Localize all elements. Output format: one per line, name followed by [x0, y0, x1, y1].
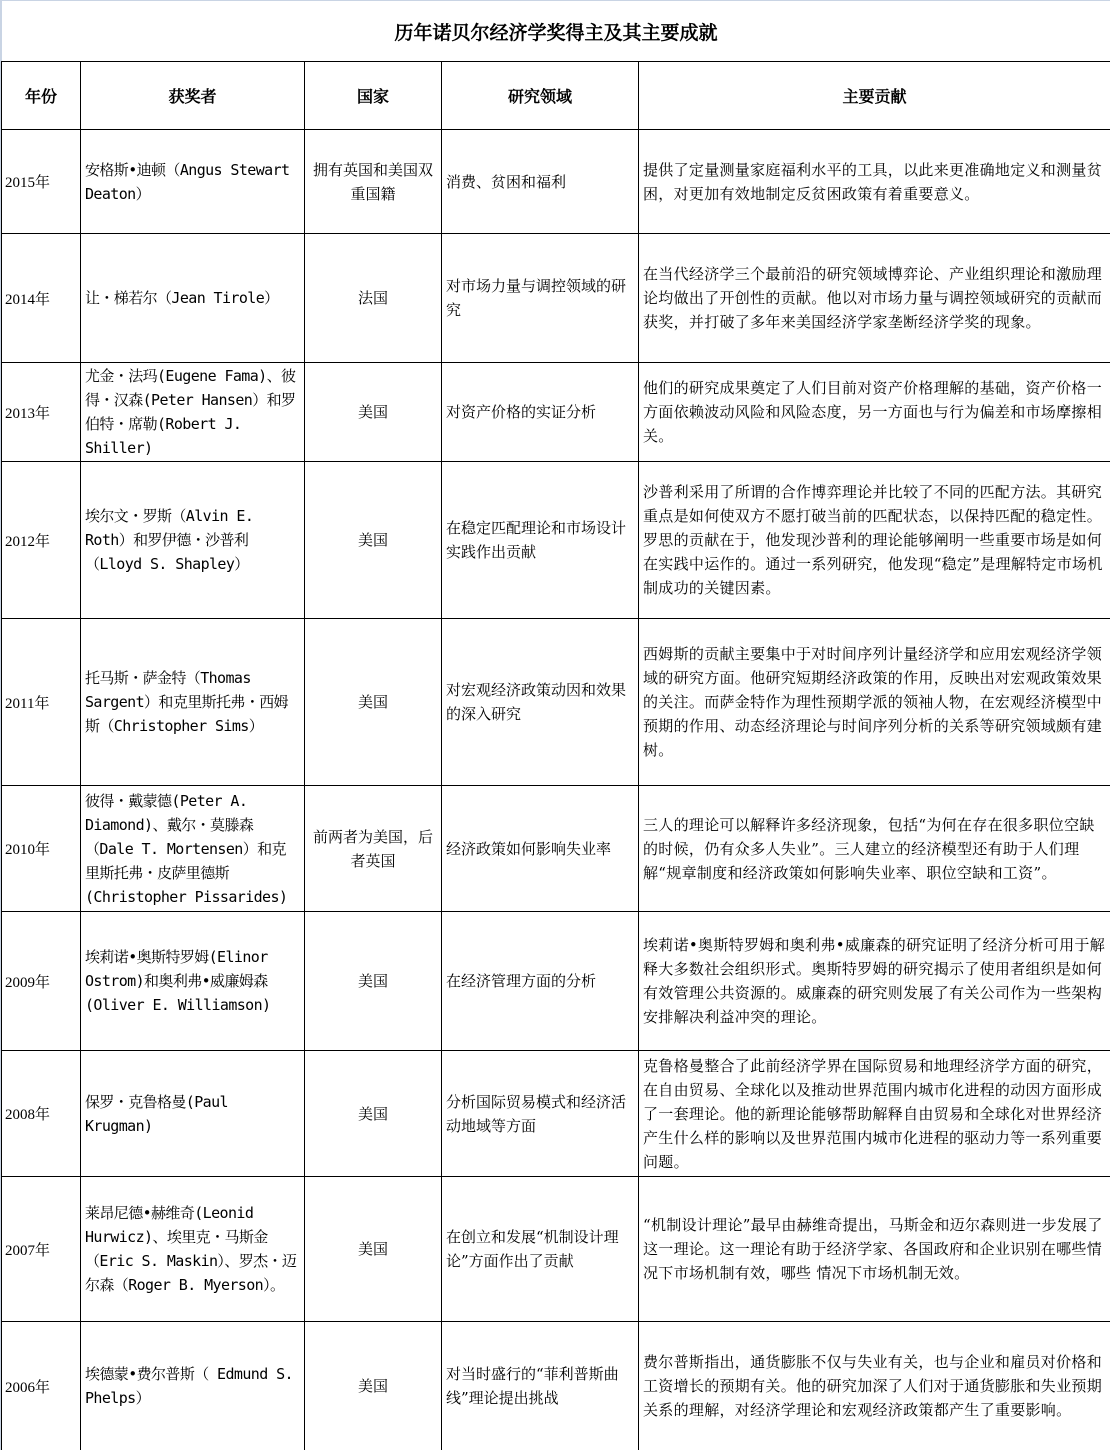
table-row: 2015年 安格斯•迪顿（Angus Stewart Deaton） 拥有英国和…: [2, 130, 1110, 234]
cell-year: 2011年: [2, 619, 81, 786]
cell-country: 美国: [305, 1177, 442, 1322]
table-row: 2010年 彼得・戴蒙德(Peter A. Diamond)、戴尔・莫滕森（Da…: [2, 786, 1110, 912]
cell-country: 前两者为美国，后者英国: [305, 786, 442, 912]
cell-country: 美国: [305, 363, 442, 462]
cell-field: 分析国际贸易模式和经济活动地域等方面: [442, 1051, 639, 1177]
cell-field: 经济政策如何影响失业率: [442, 786, 639, 912]
cell-year: 2008年: [2, 1051, 81, 1177]
cell-laureate: 安格斯•迪顿（Angus Stewart Deaton）: [81, 130, 305, 234]
cell-contribution: 克鲁格曼整合了此前经济学界在国际贸易和地理经济学方面的研究，在自由贸易、全球化以…: [639, 1051, 1110, 1177]
cell-field: 消费、贫困和福利: [442, 130, 639, 234]
header-field: 研究领域: [442, 62, 639, 130]
cell-field: 在经济管理方面的分析: [442, 912, 639, 1051]
nobel-economics-table: 历年诺贝尔经济学奖得主及其主要成就 年份 获奖者 国家 研究领域 主要贡献 20…: [1, 0, 1110, 1450]
header-laureate: 获奖者: [81, 62, 305, 130]
cell-laureate: 彼得・戴蒙德(Peter A. Diamond)、戴尔・莫滕森（Dale T. …: [81, 786, 305, 912]
table-row: 2008年 保罗・克鲁格曼(Paul Krugman) 美国 分析国际贸易模式和…: [2, 1051, 1110, 1177]
cell-contribution: “机制设计理论”最早由赫维奇提出，马斯金和迈尔森则进一步发展了这一理论。这一理论…: [639, 1177, 1110, 1322]
header-year: 年份: [2, 62, 81, 130]
cell-laureate: 尤金・法玛(Eugene Fama)、彼得・汉森(Peter Hansen）和罗…: [81, 363, 305, 462]
cell-laureate: 托马斯・萨金特（Thomas Sargent）和克里斯托弗・西姆斯（Christ…: [81, 619, 305, 786]
table-title: 历年诺贝尔经济学奖得主及其主要成就: [2, 1, 1110, 62]
table-row: 2014年 让・梯若尔（Jean Tirole） 法国 对市场力量与调控领域的研…: [2, 234, 1110, 363]
cell-contribution: 西姆斯的贡献主要集中于对时间序列计量经济学和应用宏观经济学领域的研究方面。他研究…: [639, 619, 1110, 786]
cell-country: 法国: [305, 234, 442, 363]
cell-contribution: 提供了定量测量家庭福利水平的工具，以此来更准确地定义和测量贫困，对更加有效地制定…: [639, 130, 1110, 234]
cell-contribution: 费尔普斯指出，通货膨胀不仅与失业有关，也与企业和雇员对价格和工资增长的预期有关。…: [639, 1322, 1110, 1450]
table-row: 2007年 莱昂尼德•赫维奇(Leonid Hurwicz)、埃里克・马斯金（E…: [2, 1177, 1110, 1322]
table-row: 2012年 埃尔文・罗斯（Alvin E. Roth）和罗伊德・沙普利（Lloy…: [2, 462, 1110, 619]
header-row: 年份 获奖者 国家 研究领域 主要贡献: [2, 62, 1110, 130]
table-row: 2011年 托马斯・萨金特（Thomas Sargent）和克里斯托弗・西姆斯（…: [2, 619, 1110, 786]
cell-year: 2006年: [2, 1322, 81, 1450]
cell-year: 2009年: [2, 912, 81, 1051]
cell-contribution: 他们的研究成果奠定了人们目前对资产价格理解的基础，资产价格一方面依赖波动风险和风…: [639, 363, 1110, 462]
header-contribution: 主要贡献: [639, 62, 1110, 130]
table-row: 2013年 尤金・法玛(Eugene Fama)、彼得・汉森(Peter Han…: [2, 363, 1110, 462]
cell-laureate: 莱昂尼德•赫维奇(Leonid Hurwicz)、埃里克・马斯金（Eric S.…: [81, 1177, 305, 1322]
cell-country: 美国: [305, 1051, 442, 1177]
cell-year: 2013年: [2, 363, 81, 462]
cell-field: 在创立和发展“机制设计理论”方面作出了贡献: [442, 1177, 639, 1322]
cell-laureate: 保罗・克鲁格曼(Paul Krugman): [81, 1051, 305, 1177]
cell-field: 对宏观经济政策动因和效果的深入研究: [442, 619, 639, 786]
cell-year: 2014年: [2, 234, 81, 363]
cell-country: 美国: [305, 619, 442, 786]
cell-laureate: 让・梯若尔（Jean Tirole）: [81, 234, 305, 363]
cell-contribution: 埃莉诺•奥斯特罗姆和奥利弗•威廉森的研究证明了经济分析可用于解释大多数社会组织形…: [639, 912, 1110, 1051]
cell-field: 对市场力量与调控领域的研究: [442, 234, 639, 363]
cell-country: 美国: [305, 1322, 442, 1450]
cell-contribution: 三人的理论可以解释许多经济现象，包括“为何在存在很多职位空缺的时候，仍有众多人失…: [639, 786, 1110, 912]
cell-laureate: 埃德蒙•费尔普斯（ Edmund S. Phelps）: [81, 1322, 305, 1450]
cell-contribution: 沙普利采用了所谓的合作博弈理论并比较了不同的匹配方法。其研究重点是如何使双方不愿…: [639, 462, 1110, 619]
title-row: 历年诺贝尔经济学奖得主及其主要成就: [2, 1, 1110, 62]
cell-country: 美国: [305, 912, 442, 1051]
cell-field: 对当时盛行的“菲利普斯曲线”理论提出挑战: [442, 1322, 639, 1450]
cell-laureate: 埃尔文・罗斯（Alvin E. Roth）和罗伊德・沙普利（Lloyd S. S…: [81, 462, 305, 619]
table-row: 2009年 埃莉诺•奥斯特罗姆(Elinor Ostrom)和奥利弗•威廉姆森(…: [2, 912, 1110, 1051]
cell-field: 在稳定匹配理论和市场设计实践作出贡献: [442, 462, 639, 619]
cell-year: 2010年: [2, 786, 81, 912]
cell-year: 2015年: [2, 130, 81, 234]
cell-year: 2012年: [2, 462, 81, 619]
cell-laureate: 埃莉诺•奥斯特罗姆(Elinor Ostrom)和奥利弗•威廉姆森(Oliver…: [81, 912, 305, 1051]
table-row: 2006年 埃德蒙•费尔普斯（ Edmund S. Phelps） 美国 对当时…: [2, 1322, 1110, 1450]
cell-contribution: 在当代经济学三个最前沿的研究领域博弈论、产业组织理论和激励理论均做出了开创性的贡…: [639, 234, 1110, 363]
cell-year: 2007年: [2, 1177, 81, 1322]
cell-country: 拥有英国和美国双重国籍: [305, 130, 442, 234]
header-country: 国家: [305, 62, 442, 130]
cell-country: 美国: [305, 462, 442, 619]
cell-field: 对资产价格的实证分析: [442, 363, 639, 462]
